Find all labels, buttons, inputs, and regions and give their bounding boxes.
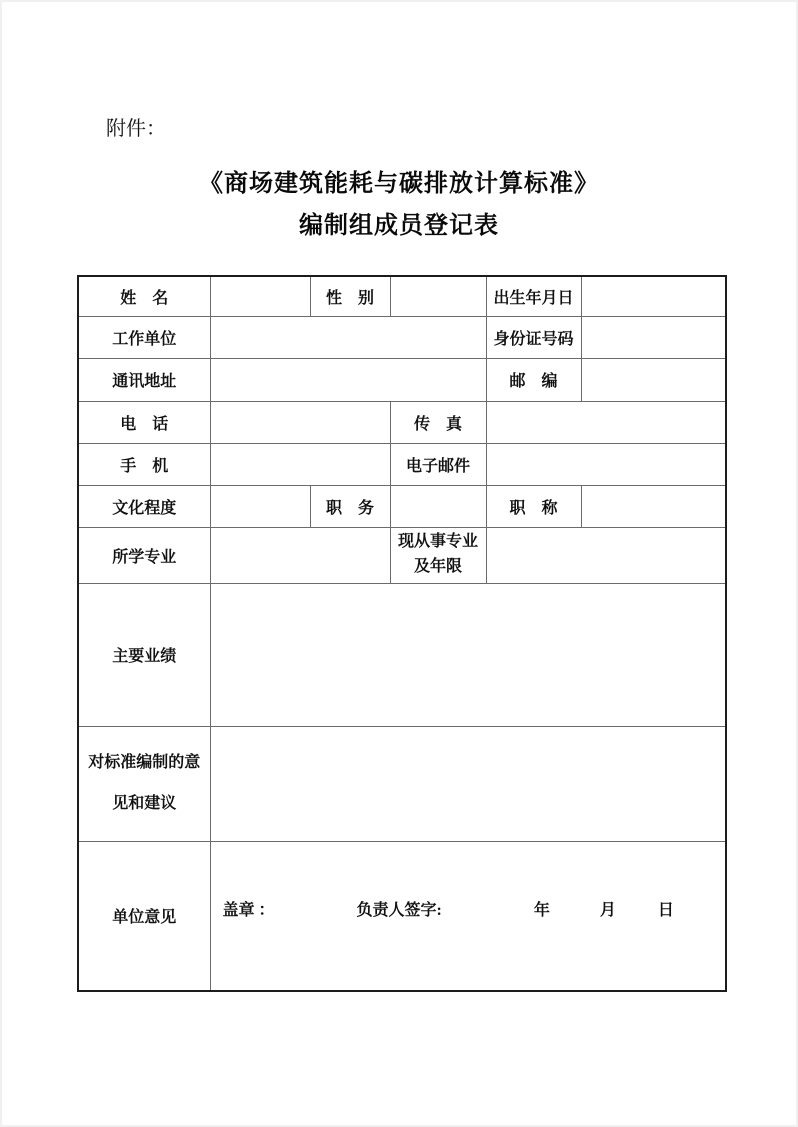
table-row-major: 所学专业 现从事专业 及年限 xyxy=(78,527,726,583)
day-label: 日 xyxy=(658,897,674,920)
major-value-cell[interactable] xyxy=(210,527,390,583)
document-page: 附件： 《商场建筑能耗与碳排放计算标准》 编制组成员登记表 姓 名 性 别 出生… xyxy=(0,0,798,1127)
table-row-education: 文化程度 职 务 职 称 xyxy=(78,485,726,527)
work-unit-value-cell[interactable] xyxy=(210,316,486,358)
table-row-opinions: 对标准编制的意 见和建议 xyxy=(78,726,726,841)
current-major-label: 现从事专业 及年限 xyxy=(390,527,486,583)
table-row-name: 姓 名 性 别 出生年月日 xyxy=(78,276,726,316)
name-value-cell[interactable] xyxy=(210,276,310,316)
gender-value-cell[interactable] xyxy=(390,276,486,316)
opinions-label: 对标准编制的意 见和建议 xyxy=(78,726,210,841)
email-value-cell[interactable] xyxy=(486,443,726,485)
address-label: 通讯地址 xyxy=(78,358,210,401)
signature-label: 负责人签字: xyxy=(357,897,442,920)
phone-label: 电 话 xyxy=(78,401,210,443)
current-major-value-cell[interactable] xyxy=(486,527,726,583)
table-row-phone: 电 话 传 真 xyxy=(78,401,726,443)
year-label: 年 xyxy=(534,897,550,920)
name-label: 姓 名 xyxy=(78,276,210,316)
seal-signature-date-line: 盖章 ： 负责人签字: 年 月 日 xyxy=(215,897,722,935)
attachment-label: 附件： xyxy=(106,112,166,141)
major-label: 所学专业 xyxy=(78,527,210,583)
postcode-label: 邮 编 xyxy=(486,358,581,401)
seal-label: 盖章 ： xyxy=(223,897,275,920)
unit-opinion-label: 单位意见 xyxy=(78,841,210,991)
document-title-line2: 编制组成员登记表 xyxy=(2,205,796,240)
achievements-value-cell[interactable] xyxy=(210,583,726,726)
mobile-value-cell[interactable] xyxy=(210,443,390,485)
address-value-cell[interactable] xyxy=(210,358,486,401)
registration-form-table: 姓 名 性 别 出生年月日 工作单位 身份证号码 通讯地址 邮 编 电 话 传 … xyxy=(77,275,727,992)
table-row-achievements: 主要业绩 xyxy=(78,583,726,726)
email-label: 电子邮件 xyxy=(390,443,486,485)
job-title-value-cell[interactable] xyxy=(581,485,726,527)
birthdate-value-cell[interactable] xyxy=(581,276,726,316)
document-title-line1: 《商场建筑能耗与碳排放计算标准》 xyxy=(2,163,796,198)
fax-label: 传 真 xyxy=(390,401,486,443)
fax-value-cell[interactable] xyxy=(486,401,726,443)
postcode-value-cell[interactable] xyxy=(581,358,726,401)
table-row-address: 通讯地址 邮 编 xyxy=(78,358,726,401)
table-row-mobile: 手 机 电子邮件 xyxy=(78,443,726,485)
table-row-work-unit: 工作单位 身份证号码 xyxy=(78,316,726,358)
position-label: 职 务 xyxy=(310,485,390,527)
id-number-value-cell[interactable] xyxy=(581,316,726,358)
mobile-label: 手 机 xyxy=(78,443,210,485)
achievements-label: 主要业绩 xyxy=(78,583,210,726)
table-row-unit-opinion: 单位意见 盖章 ： 负责人签字: 年 月 日 xyxy=(78,841,726,991)
education-value-cell[interactable] xyxy=(210,485,310,527)
unit-opinion-value-cell[interactable]: 盖章 ： 负责人签字: 年 月 日 xyxy=(210,841,726,991)
id-number-label: 身份证号码 xyxy=(486,316,581,358)
job-title-label: 职 称 xyxy=(486,485,581,527)
education-label: 文化程度 xyxy=(78,485,210,527)
gender-label: 性 别 xyxy=(310,276,390,316)
position-value-cell[interactable] xyxy=(390,485,486,527)
opinions-value-cell[interactable] xyxy=(210,726,726,841)
birthdate-label: 出生年月日 xyxy=(486,276,581,316)
month-label: 月 xyxy=(600,897,616,920)
phone-value-cell[interactable] xyxy=(210,401,390,443)
work-unit-label: 工作单位 xyxy=(78,316,210,358)
